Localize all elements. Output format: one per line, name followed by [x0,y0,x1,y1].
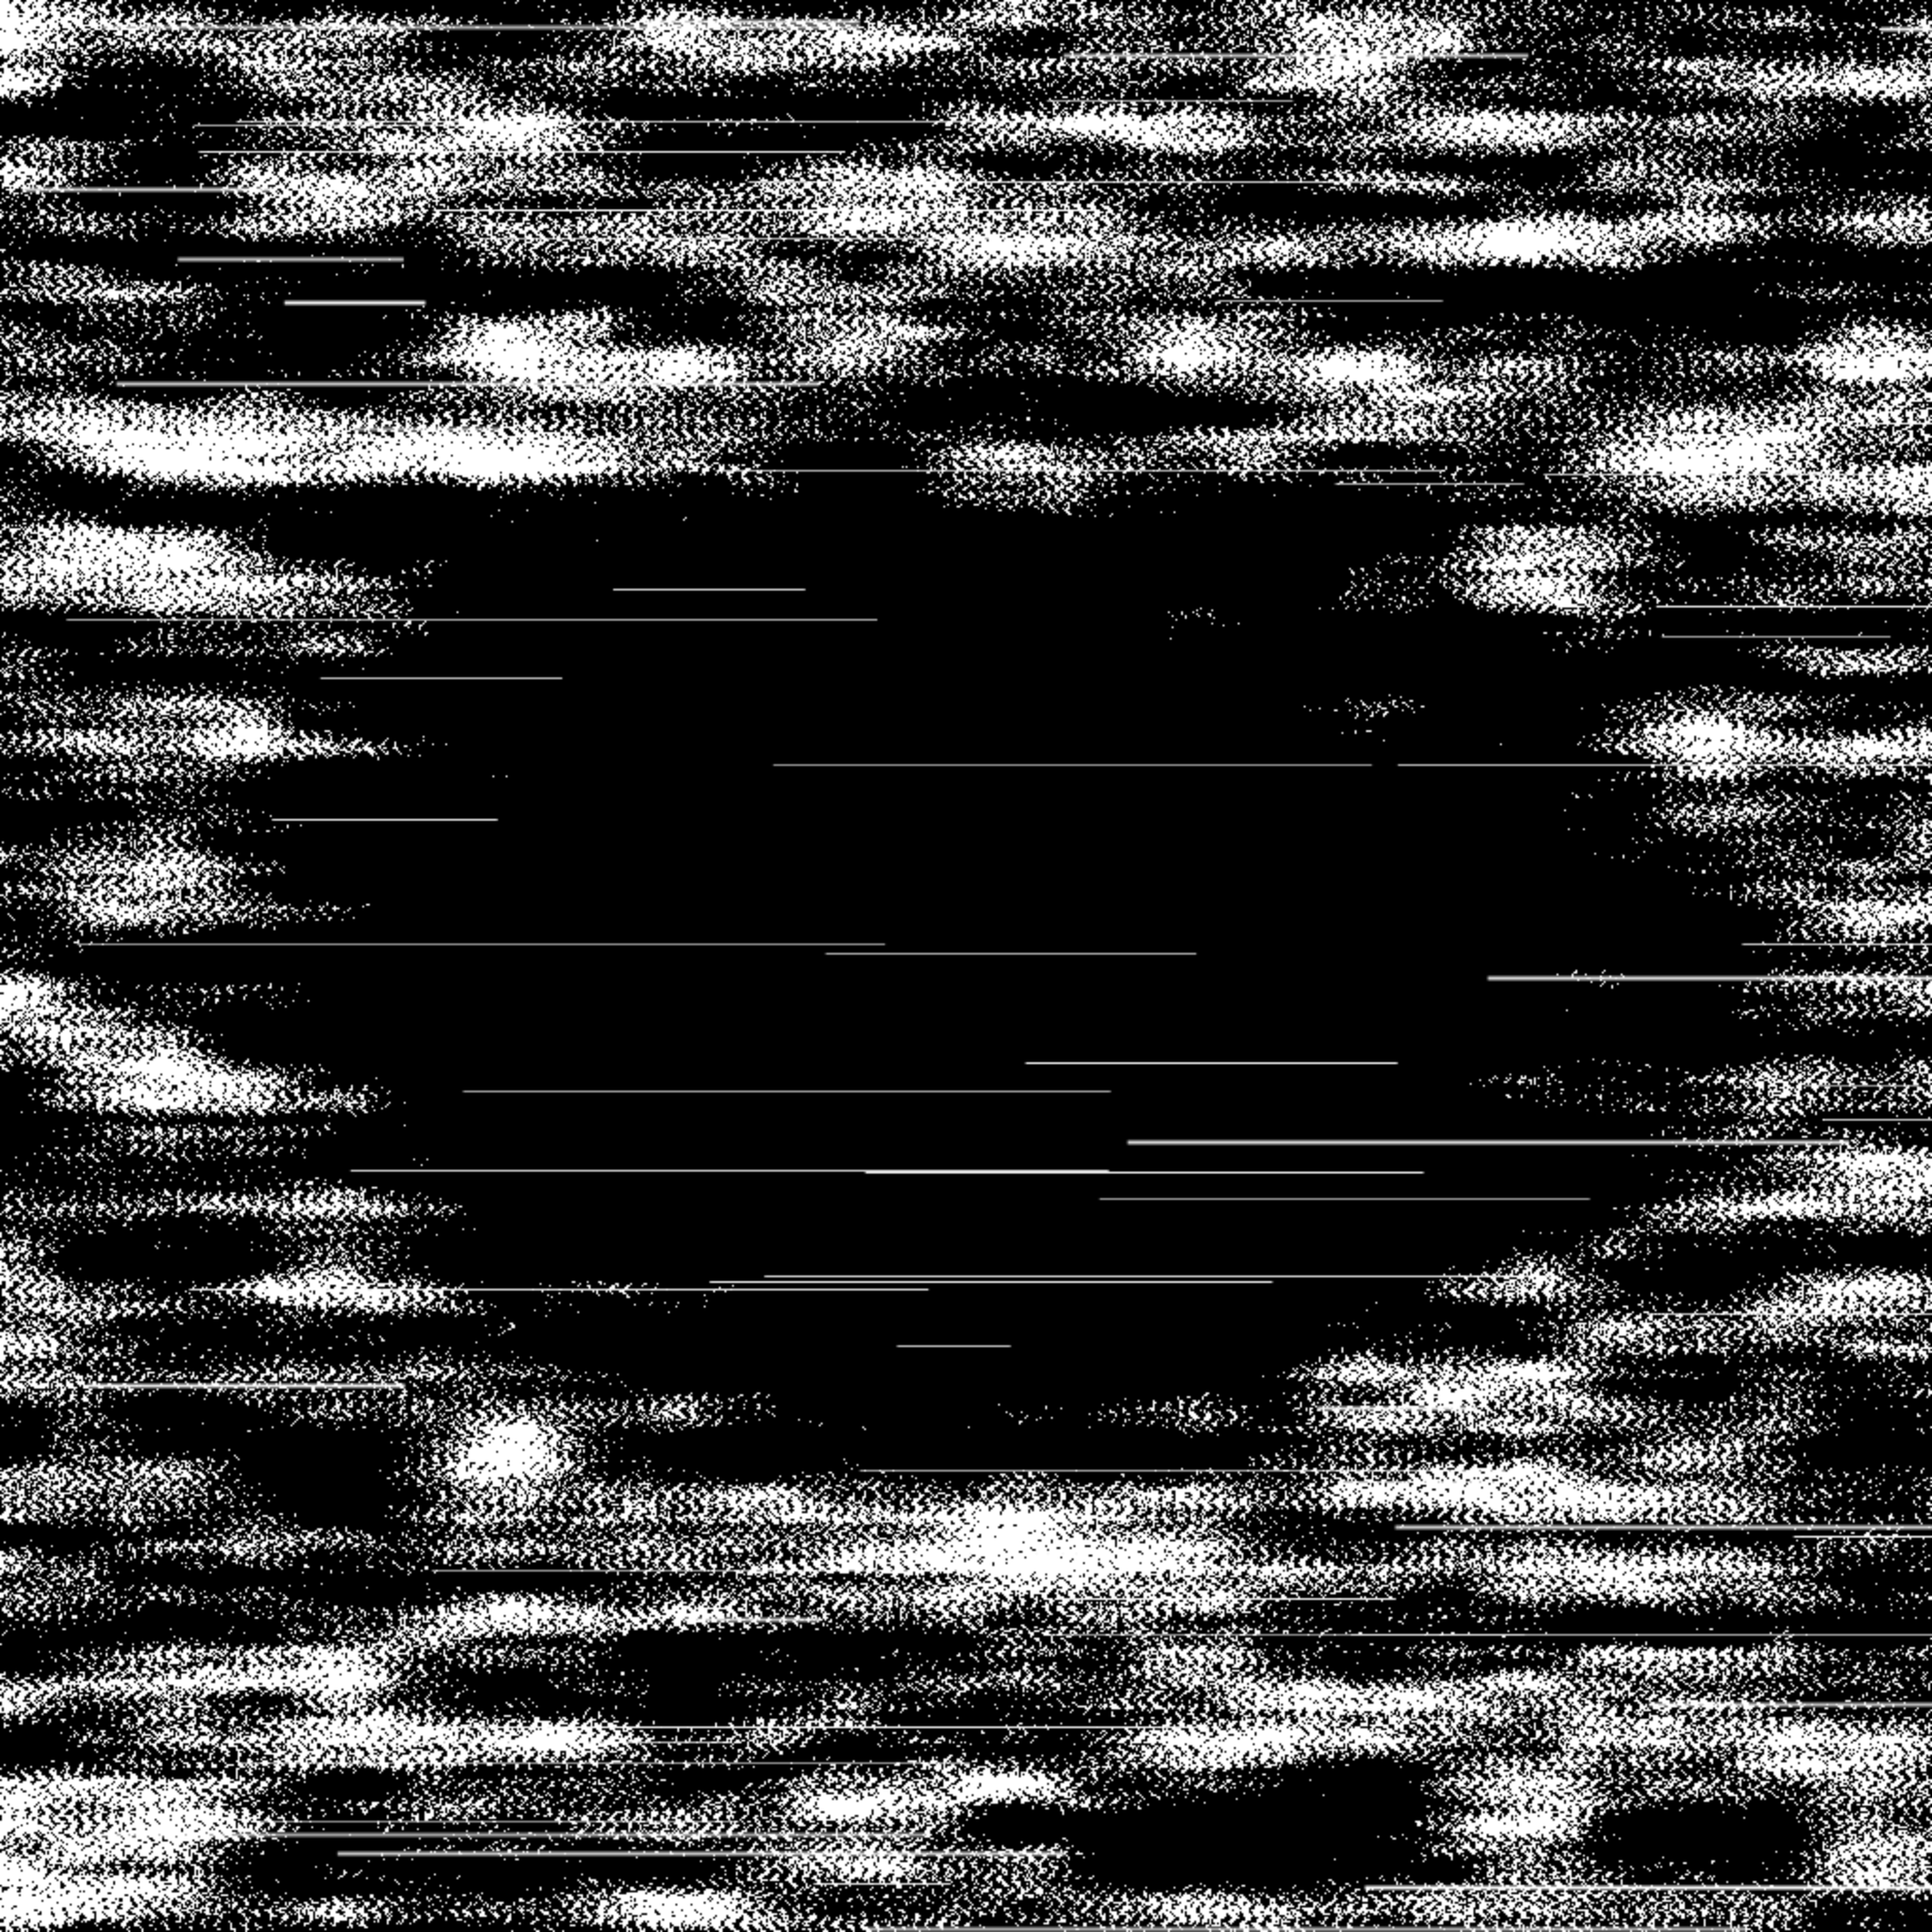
texture-canvas [0,0,1932,1932]
grunge-texture: Black-and-white distressed fabric/denim-… [0,0,1932,1932]
